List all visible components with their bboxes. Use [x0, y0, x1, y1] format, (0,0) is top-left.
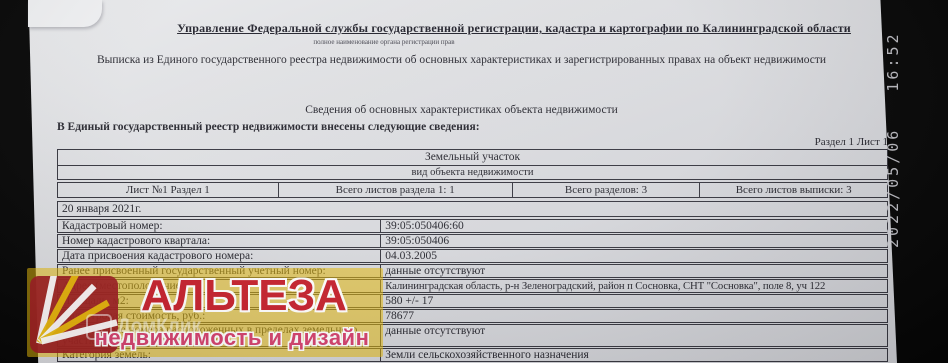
section-title: Сведения об основных характеристиках объ… [60, 104, 863, 116]
table-row-cadastral-number: Кадастровый номер: 39:05:050406:60 [57, 219, 888, 233]
sheet-cell-total-section-sheets: Всего листов раздела 1: 1 [279, 183, 513, 197]
object-type: Земельный участок [58, 150, 887, 166]
sheet-cell-total-extract-sheets: Всего листов выписки: 3 [700, 183, 887, 197]
row-value: 78677 [380, 310, 887, 322]
sheet-info-row: Лист №1 Раздел 1 Всего листов раздела 1:… [57, 182, 888, 198]
underlying-sheet-corner [28, 0, 102, 27]
row-value: Земли сельскохозяйственного назначения [380, 349, 887, 361]
row-label: Дата присвоения кадастрового номера: [58, 250, 380, 262]
alteza-brand-text: АЛЬТЕЗА [116, 272, 372, 320]
registration-authority-title: Управление Федеральной службы государств… [150, 21, 878, 36]
object-type-caption: вид объекта недвижимости [58, 166, 887, 179]
extract-date-row: 20 января 2021г. [57, 201, 888, 217]
object-type-box: Земельный участок вид объекта недвижимос… [57, 149, 888, 180]
camera-timestamp: 2022/05/06 16:52 [884, 31, 902, 248]
row-label: Номер кадастрового квартала: [58, 235, 380, 247]
sheet-cell-list: Лист №1 Раздел 1 [58, 183, 279, 197]
row-value: 39:05:050406 [380, 235, 887, 247]
row-value: 580 +/- 17 [380, 295, 887, 307]
sheet-cell-total-sections: Всего разделов: 3 [513, 183, 701, 197]
row-value: Калининградская область, р-н Зеленоградс… [380, 280, 887, 292]
row-value: 04.03.2005 [380, 250, 887, 262]
alteza-brand-subtitle: недвижимость и дизайн [92, 325, 372, 351]
document-title: Выписка из Единого государственного реес… [60, 54, 863, 66]
authority-caption: полное наименование органа регистрации п… [150, 38, 618, 46]
row-value: данные отсутствуют [380, 325, 887, 346]
table-row-assignment-date: Дата присвоения кадастрового номера: 04.… [57, 249, 888, 263]
section-sheet-label: Раздел 1 Лист 1 [500, 136, 888, 148]
row-value: 39:05:050406:60 [380, 220, 887, 232]
document-photo: Управление Федеральной службы государств… [0, 0, 948, 363]
intro-line: В Единый государственный реестр недвижим… [57, 121, 480, 133]
row-value: данные отсутствуют [380, 265, 887, 277]
table-row-quarter-number: Номер кадастрового квартала: 39:05:05040… [57, 234, 888, 248]
row-label: Кадастровый номер: [58, 220, 380, 232]
